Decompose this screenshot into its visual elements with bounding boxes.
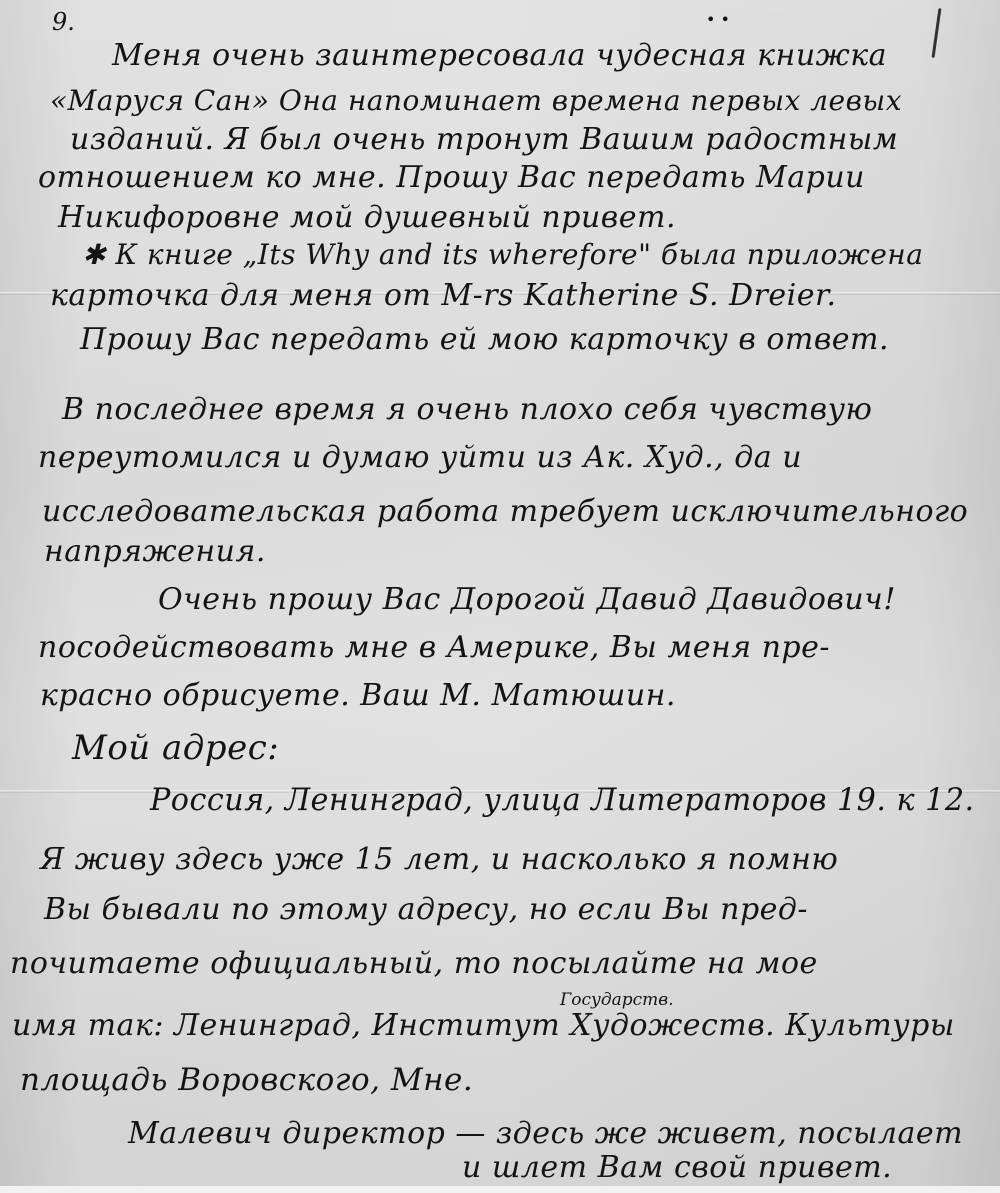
letter-line: почитаете официальный, то посылайте на м… — [10, 946, 818, 981]
letter-line: исследовательская работа требует исключи… — [42, 494, 968, 529]
letter-line: переутомился и думаю уйти из Ак. Худ., д… — [38, 440, 802, 475]
scan-edge — [0, 1186, 1000, 1193]
letter-line: ✱ К книге „Its Why and its wherefore" бы… — [82, 238, 923, 271]
address-heading: Мой адрес: — [72, 728, 279, 768]
letter-page: 9. • • Меня очень заинтересовала чудесна… — [0, 0, 1000, 1193]
letter-line signature-line: красно обрисуете. Ваш М. Матюшин. — [40, 678, 676, 713]
letter-line: Вы бывали по этому адресу, но если Вы пр… — [44, 892, 808, 927]
letter-line: Я живу здесь уже 15 лет, и насколько я п… — [40, 842, 838, 877]
letter-line: напряжения. — [44, 534, 266, 569]
letter-line: В последнее время я очень плохо себя чув… — [62, 392, 872, 427]
letter-line: Никифоровне мой душевный привет. — [58, 200, 676, 235]
letter-line: имя так: Ленинград, Институт Художеств. … — [12, 1008, 955, 1043]
letter-line: «Маруся Сан» Она напоминает времена перв… — [50, 84, 902, 117]
letter-line: Россия, Ленинград, улица Литераторов 19.… — [150, 782, 975, 818]
interlinear-insertion: Государств. — [560, 990, 674, 1010]
letter-line: посодействовать мне в Америке, Вы меня п… — [38, 630, 830, 665]
letter-line: Прошу Вас передать ей мою карточку в отв… — [80, 322, 889, 357]
letter-line: площадь Воровского, Мне. — [20, 1062, 473, 1098]
letter-line: Очень прошу Вас Дорогой Давид Давидович! — [158, 582, 896, 617]
ink-dots: • • — [706, 10, 730, 29]
letter-line: отношением ко мне. Прошу Вас передать Ма… — [38, 160, 865, 195]
letter-line: и шлет Вам свой привет. — [462, 1150, 892, 1185]
letter-line: Малевич директор — здесь же живет, посыл… — [128, 1116, 963, 1151]
letter-line: Меня очень заинтересовала чудесная книжк… — [112, 38, 887, 73]
letter-line: карточка для меня от M-rs Katherine S. D… — [50, 278, 837, 313]
page-number: 9. — [52, 8, 75, 36]
letter-line: изданий. Я был очень тронут Вашим радост… — [70, 122, 898, 157]
margin-stroke — [932, 8, 942, 58]
